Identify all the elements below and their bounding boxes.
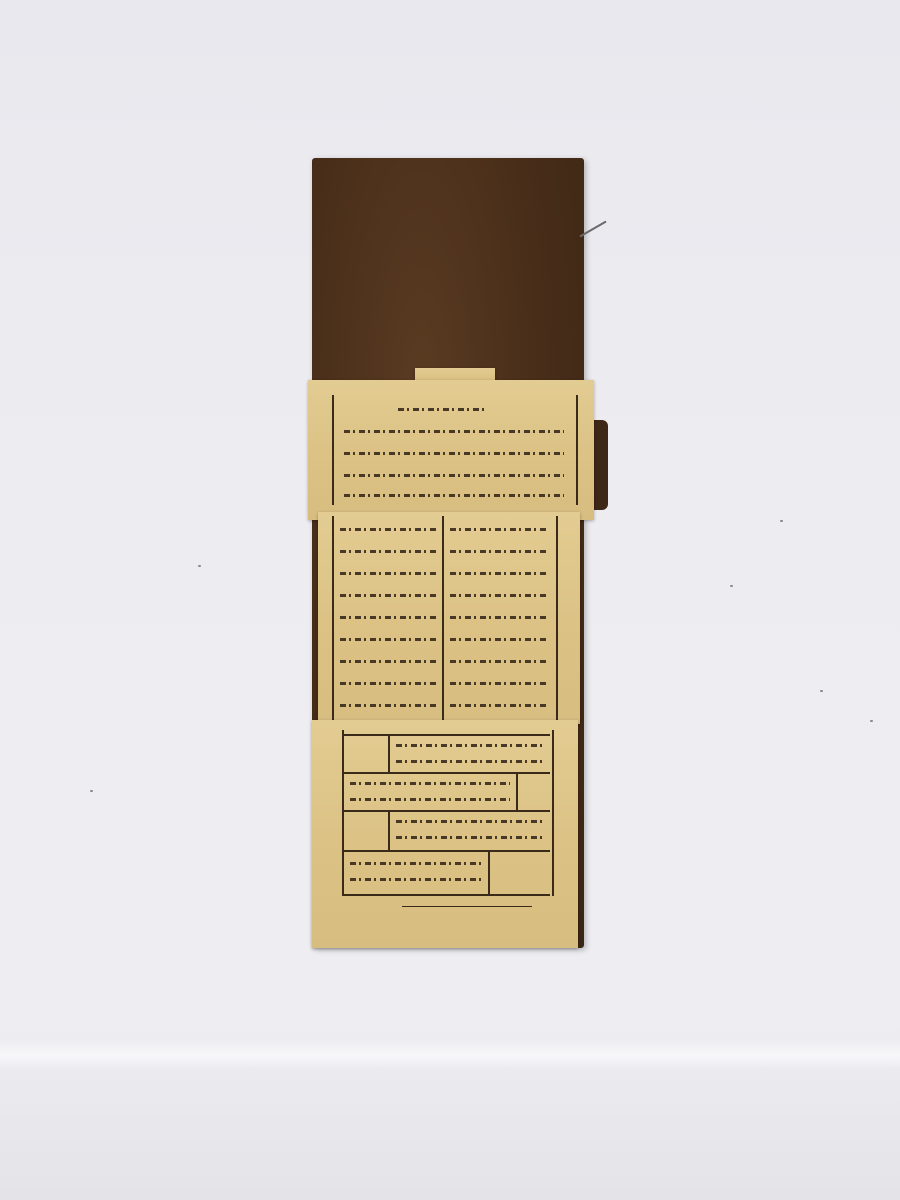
script-line (450, 660, 546, 663)
manuscript-bottom-panel (312, 720, 578, 948)
script-line (396, 744, 542, 747)
script-line (350, 878, 482, 881)
script-line (344, 494, 564, 497)
script-line (340, 682, 436, 685)
surface-speck (90, 790, 93, 792)
script-line (344, 452, 564, 455)
box-divider (388, 810, 390, 850)
footer-rule (402, 906, 532, 907)
script-line (350, 782, 510, 785)
script-line (450, 550, 546, 553)
script-line (398, 408, 488, 411)
script-line (350, 862, 482, 865)
surface-speck (780, 520, 783, 522)
surface-speck (820, 690, 823, 692)
script-line (450, 638, 546, 641)
script-line (450, 616, 546, 619)
script-line (340, 594, 436, 597)
text-frame (342, 730, 554, 896)
script-line (340, 550, 436, 553)
script-line (450, 594, 546, 597)
script-line (344, 474, 564, 477)
box-border (344, 810, 550, 812)
script-line (396, 760, 542, 763)
column-divider (442, 516, 444, 720)
script-line (340, 638, 436, 641)
script-line (340, 660, 436, 663)
script-line (450, 682, 546, 685)
box-divider (488, 850, 490, 894)
script-line (396, 836, 542, 839)
script-line (450, 572, 546, 575)
box-border (344, 850, 550, 852)
box-divider (388, 734, 390, 772)
script-line (344, 430, 564, 433)
script-line (396, 820, 542, 823)
text-frame (332, 395, 578, 505)
box-border (344, 734, 550, 736)
box-border (344, 772, 550, 774)
script-line (450, 704, 546, 707)
manuscript-top-panel (308, 380, 594, 520)
box-border (344, 894, 550, 896)
script-line (450, 528, 546, 531)
light-reflection-band (0, 1040, 900, 1070)
script-line (340, 572, 436, 575)
script-line (340, 704, 436, 707)
surface-speck (870, 720, 873, 722)
script-line (350, 798, 510, 801)
surface-speck (198, 565, 201, 567)
manuscript-middle-panel (318, 512, 580, 724)
box-divider (516, 772, 518, 810)
script-line (340, 616, 436, 619)
surface-speck (730, 585, 733, 587)
script-line (340, 528, 436, 531)
